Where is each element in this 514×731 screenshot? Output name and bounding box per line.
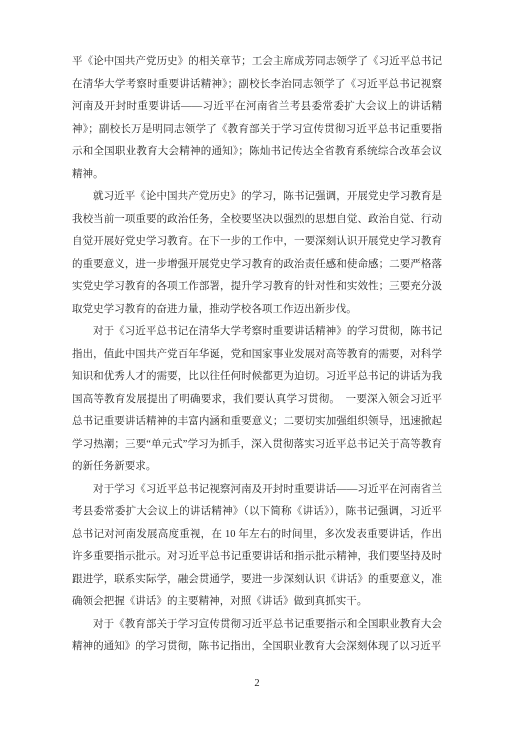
paragraph: 对于学习《习近平总书记视察河南及开封时重要讲话——习近平在河南省兰考县委常委扩大…: [72, 479, 442, 614]
document-page: 平《论中国共产党历史》的相关章节；工会主席成芳同志领学了《习近平总书记在清华大学…: [0, 0, 514, 731]
paragraph: 对于《教育部关于学习宣传贯彻习近平总书记重要指示和全国职业教育大会精神的通知》的…: [72, 614, 442, 659]
paragraph-continuation: 平《论中国共产党历史》的相关章节；工会主席成芳同志领学了《习近平总书记在清华大学…: [72, 51, 442, 186]
document-body: 平《论中国共产党历史》的相关章节；工会主席成芳同志领学了《习近平总书记在清华大学…: [72, 51, 442, 659]
page-number: 2: [0, 677, 514, 691]
paragraph: 对于《习近平总书记在清华大学考察时重要讲话精神》的学习贯彻，陈书记指出，值此中国…: [72, 321, 442, 479]
paragraph: 就习近平《论中国共产党历史》的学习，陈书记强调，开展党史学习教育是我校当前一项重…: [72, 186, 442, 321]
